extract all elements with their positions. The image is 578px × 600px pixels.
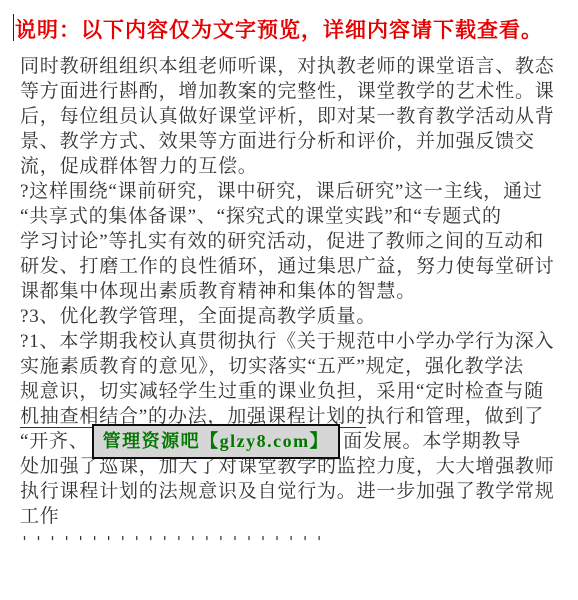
text-line: 课都集中体现出素质教育精神和集体的智慧。 xyxy=(20,279,562,304)
text-cursor xyxy=(13,14,14,41)
text-segment: 面发展。本学期教导 xyxy=(343,431,521,452)
text-line: 景、教学方式、效果等方面进行分析和评价，并加强反馈交 xyxy=(20,129,562,154)
text-line: “共享式的集体备课”、“探究式的课堂实践”和“专题式的 xyxy=(20,204,562,229)
text-line: 规意识，切实减轻学生过重的课业负担，采用“定时检查与随 xyxy=(20,379,562,404)
text-line: 研发、打磨工作的良性循环，通过集思广益，努力使每堂研讨 xyxy=(20,254,562,279)
text-line: ?3、优化教学管理，全面提高教学质量。 xyxy=(20,304,562,329)
text-line: 同时教研组组织本组老师听课，对执教老师的课堂语言、教态 xyxy=(20,54,562,79)
text-line: ?这样围绕“课前研究，课中研究，课后研究”这一主线，通过 xyxy=(20,179,562,204)
text-line: 实施素质教育的意见》，切实落实“五严”规定，强化教学法 xyxy=(20,354,562,379)
document-text-block: 同时教研组组织本组老师听课，对执教老师的课堂语言、教态 等方面进行斟酌，增加教案… xyxy=(20,54,562,554)
watermark-badge[interactable]: 管理资源吧【glzy8.com】 xyxy=(92,424,340,459)
text-line: 后，每位组员认真做好课堂评析，即对某一教育教学活动从背 xyxy=(20,104,562,129)
text-line: 学习讨论”等扎实有效的研究活动，促进了教师之间的互动和 xyxy=(20,229,562,254)
text-line: 流，促成群体智力的互偿。 xyxy=(20,154,562,179)
text-segment: 执行和管理，做到了 xyxy=(366,406,544,427)
document-preview-page: { "notice": { "text": "说明：以下内容仅为文字预览，详细内… xyxy=(0,0,578,600)
text-line: 执行课程计划的法规意识及自觉行为。进一步加强了教学常规 xyxy=(20,479,562,504)
text-line: 工作 xyxy=(20,504,562,529)
preview-notice: 说明：以下内容仅为文字预览，详细内容请下载查看。 xyxy=(15,14,543,44)
text-line-watermark: “开齐、管理资源吧【glzy8.com】面发展。本学期教导 xyxy=(20,429,562,454)
text-line: 等方面进行斟酌，增加教案的完整性，课堂教学的艺术性。课 xyxy=(20,79,562,104)
ellipsis-row: '''''''''''''''''''''' xyxy=(20,534,562,554)
text-line: ?1、本学期我校认真贯彻执行《关于规范中小学办学行为深入 xyxy=(20,329,562,354)
text-segment: “开齐、 xyxy=(20,431,89,452)
